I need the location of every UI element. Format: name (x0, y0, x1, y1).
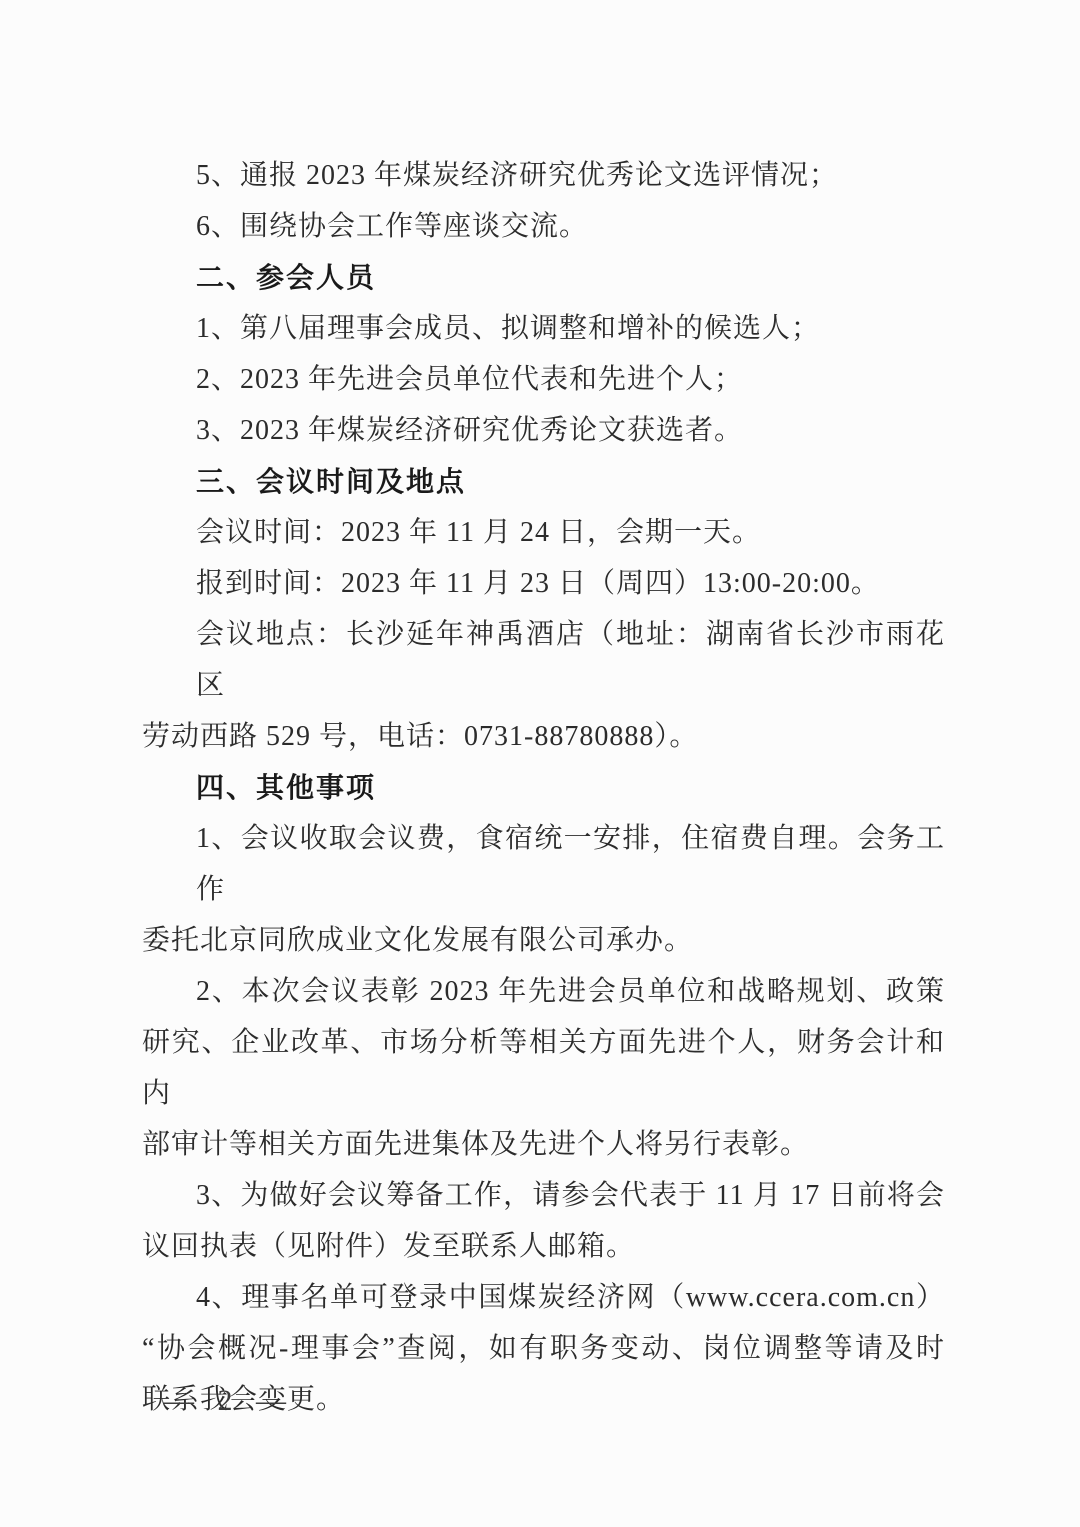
receipt-form-line-1: 3、为做好会议筹备工作，请参会代表于 11 月 17 日前将会 (142, 1170, 945, 1221)
heading-other-matters: 四、其他事项 (142, 762, 945, 813)
checkin-time: 报到时间：2023 年 11 月 23 日（周四）13:00-20:00。 (142, 558, 945, 609)
page-number: — 2 — (164, 1384, 290, 1418)
fee-arrangement-line-1: 1、会议收取会议费，食宿统一安排，住宿费自理。会务工作 (142, 813, 945, 915)
meeting-location-line-1: 会议地点：长沙延年神禹酒店（地址：湖南省长沙市雨花区 (142, 609, 945, 711)
heading-time-location: 三、会议时间及地点 (142, 456, 945, 507)
commendation-line-1: 2、本次会议表彰 2023 年先进会员单位和战略规划、政策 (142, 966, 945, 1017)
participant-item-1: 1、第八届理事会成员、拟调整和增补的候选人； (142, 303, 945, 354)
fee-arrangement-line-2: 委托北京同欣成业文化发展有限公司承办。 (142, 915, 945, 966)
meeting-location-line-2: 劳动西路 529 号，电话：0731-88780888）。 (142, 711, 945, 762)
participant-item-2: 2、2023 年先进会员单位代表和先进个人； (142, 354, 945, 405)
document-body: 5、通报 2023 年煤炭经济研究优秀论文选评情况； 6、围绕协会工作等座谈交流… (142, 150, 945, 1425)
commendation-line-3: 部审计等相关方面先进集体及先进个人将另行表彰。 (142, 1119, 945, 1170)
document-page: 5、通报 2023 年煤炭经济研究优秀论文选评情况； 6、围绕协会工作等座谈交流… (0, 0, 1080, 1527)
agenda-item-6: 6、围绕协会工作等座谈交流。 (142, 201, 945, 252)
meeting-time: 会议时间：2023 年 11 月 24 日，会期一天。 (142, 507, 945, 558)
participant-item-3: 3、2023 年煤炭经济研究优秀论文获选者。 (142, 405, 945, 456)
receipt-form-line-2: 议回执表（见附件）发至联系人邮箱。 (142, 1221, 945, 1272)
heading-participants: 二、参会人员 (142, 252, 945, 303)
director-roster-line-2: “协会概况-理事会”查阅，如有职务变动、岗位调整等请及时 (142, 1323, 945, 1374)
director-roster-line-1: 4、理事名单可登录中国煤炭经济网（www.ccera.com.cn） (142, 1272, 945, 1323)
agenda-item-5: 5、通报 2023 年煤炭经济研究优秀论文选评情况； (142, 150, 945, 201)
commendation-line-2: 研究、企业改革、市场分析等相关方面先进个人，财务会计和内 (142, 1017, 945, 1119)
